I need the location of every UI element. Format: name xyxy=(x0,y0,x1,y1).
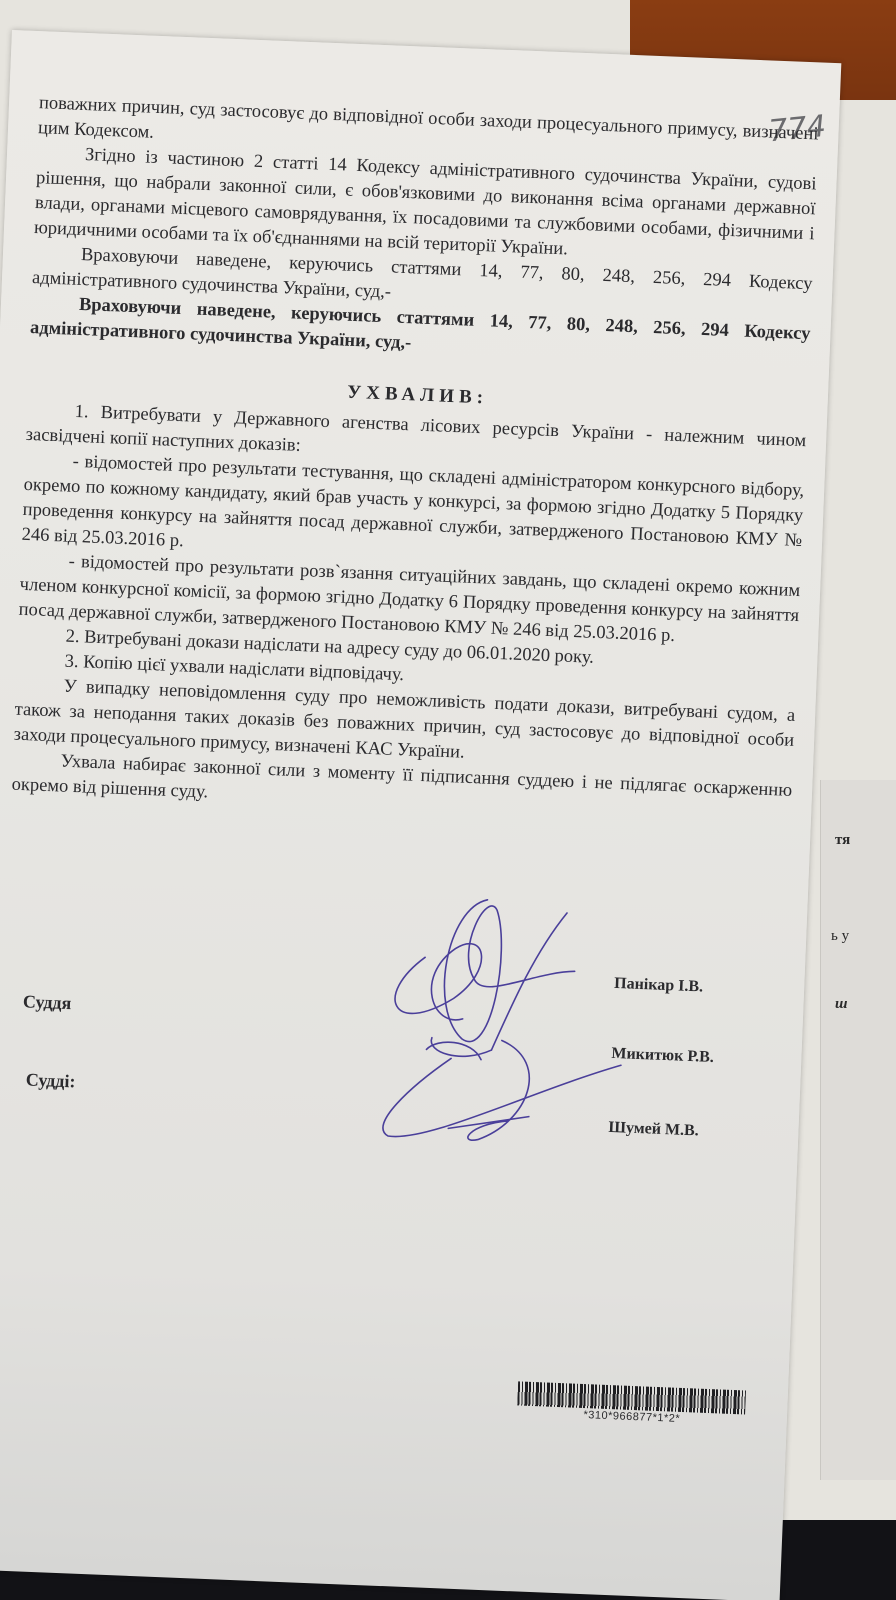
handwritten-signatures xyxy=(328,884,638,1156)
judge-label: Суддя xyxy=(23,991,72,1014)
signature-block: Панікар І.В. Суддя Микитюк Р.В. Судді: Ш… xyxy=(0,889,807,1182)
adjacent-sheet-fragment: ш xyxy=(835,996,848,1013)
judge-name-panikar: Панікар І.В. xyxy=(614,975,704,997)
judge-name-shumei: Шумей М.В. xyxy=(608,1119,699,1141)
document-barcode: *310*966877*1*2* xyxy=(517,1381,748,1427)
document-body: поважних причин, суд застосовує до відпо… xyxy=(11,91,819,829)
judges-label: Судді: xyxy=(25,1069,75,1092)
adjacent-sheet-fragment: тя xyxy=(835,832,850,849)
document-page: 774 поважних причин, суд застосовує до в… xyxy=(0,30,841,1600)
adjacent-sheet: тя ь у ш xyxy=(820,780,896,1480)
adjacent-sheet-fragment: ь у xyxy=(831,928,849,945)
